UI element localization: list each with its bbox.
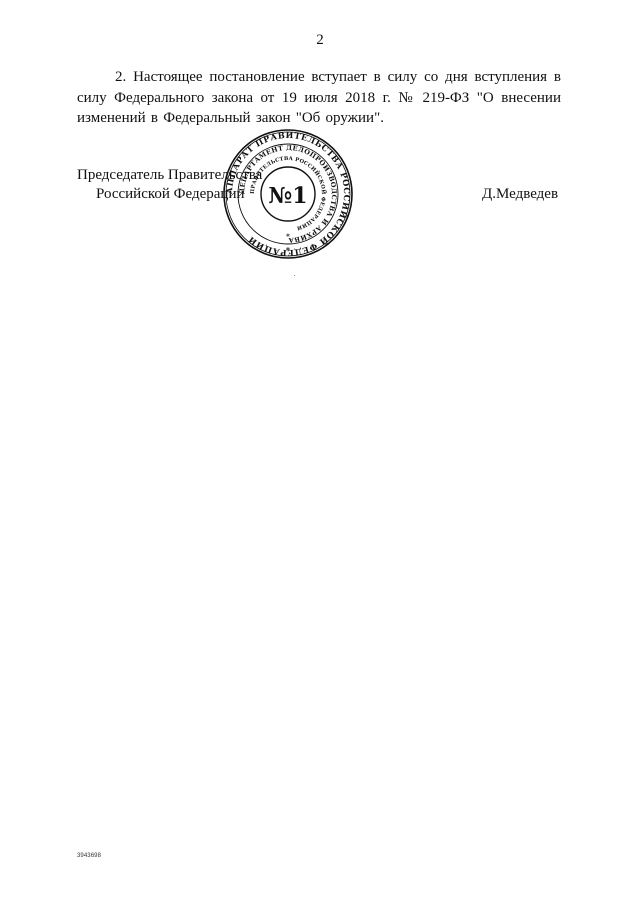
seal-star-middle: * — [286, 232, 290, 241]
seal-number: №1 — [268, 183, 307, 209]
official-seal-stamp: АППАРАТ ПРАВИТЕЛЬСТВА РОССИЙСКОЙ ФЕДЕРАЦ… — [222, 126, 354, 262]
footer-document-code: 3943698 — [77, 852, 101, 860]
page-number: 2 — [0, 31, 640, 49]
signer-name: Д.Медведев — [482, 185, 558, 203]
body-paragraph: 2. Настоящее постановление вступает в си… — [77, 67, 561, 129]
scan-dot — [294, 275, 295, 276]
seal-icon: АППАРАТ ПРАВИТЕЛЬСТВА РОССИЙСКОЙ ФЕДЕРАЦ… — [222, 126, 354, 262]
paragraph-text: 2. Настоящее постановление вступает в си… — [77, 69, 561, 126]
